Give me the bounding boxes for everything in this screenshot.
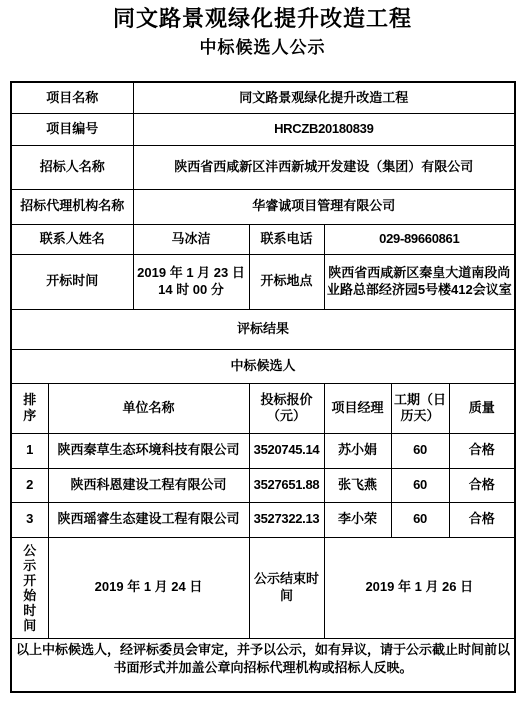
candidate-manager: 苏小娟: [324, 433, 391, 468]
tenderee-value: 陕西省西咸新区沣西新城开发建设（集团）有限公司: [133, 145, 515, 189]
header-quality: 质量: [449, 383, 515, 433]
table-row: 公 示 开 始 时 间 2019 年 1 月 24 日 公示结束时 间 2019…: [11, 537, 515, 638]
candidate-quality: 合格: [449, 433, 515, 468]
table-row: 项目编号 HRCZB20180839: [11, 113, 515, 145]
table-row: 项目名称 同文路景观绿化提升改造工程: [11, 82, 515, 113]
candidates-header-row: 排 序 单位名称 投标报价 （元） 项目经理 工期（日 历天） 质量: [11, 383, 515, 433]
project-name-value: 同文路景观绿化提升改造工程: [133, 82, 515, 113]
candidate-rank: 1: [11, 433, 48, 468]
header-price: 投标报价 （元）: [249, 383, 324, 433]
contact-phone-label: 联系电话: [249, 224, 324, 254]
candidate-duration: 60: [391, 502, 449, 537]
candidate-quality: 合格: [449, 502, 515, 537]
contact-name-label: 联系人姓名: [11, 224, 133, 254]
candidate-row: 2 陕西科恩建设工程有限公司 3527651.88 张飞燕 60 合格: [11, 468, 515, 502]
candidate-company: 陕西科恩建设工程有限公司: [48, 468, 249, 502]
contact-name-value: 马冰洁: [133, 224, 249, 254]
header-manager: 项目经理: [324, 383, 391, 433]
candidate-price: 3527651.88: [249, 468, 324, 502]
project-number-label: 项目编号: [11, 113, 133, 145]
candidate-price: 3520745.14: [249, 433, 324, 468]
candidate-duration: 60: [391, 433, 449, 468]
table-row: 中标候选人: [11, 349, 515, 383]
agency-value: 华睿诚项目管理有限公司: [133, 189, 515, 224]
announcement-document: 同文路景观绿化提升改造工程 中标候选人公示 项目名称 同文路景观绿化提升改造工程…: [0, 6, 525, 693]
candidate-rank: 2: [11, 468, 48, 502]
evaluation-result-heading: 评标结果: [11, 309, 515, 349]
publicity-start-date: 2019 年 1 月 24 日: [48, 537, 249, 638]
candidate-row: 3 陕西瑶睿生态建设工程有限公司 3527322.13 李小荣 60 合格: [11, 502, 515, 537]
header-company: 单位名称: [48, 383, 249, 433]
announcement-note: 以上中标候选人，经评标委员会审定，并予以公示，如有异议，请于公示截止时间前以书面…: [11, 638, 515, 692]
candidate-company: 陕西秦草生态环境科技有限公司: [48, 433, 249, 468]
candidate-quality: 合格: [449, 468, 515, 502]
candidates-heading: 中标候选人: [11, 349, 515, 383]
bid-open-time-label: 开标时间: [11, 254, 133, 309]
candidate-duration: 60: [391, 468, 449, 502]
project-number-value: HRCZB20180839: [133, 113, 515, 145]
candidate-row: 1 陕西秦草生态环境科技有限公司 3520745.14 苏小娟 60 合格: [11, 433, 515, 468]
bid-open-place-value: 陕西省西咸新区秦皇大道南段尚业路总部经济园5号楼412会议室: [324, 254, 515, 309]
contact-phone-value: 029-89660861: [324, 224, 515, 254]
agency-label: 招标代理机构名称: [11, 189, 133, 224]
project-name-label: 项目名称: [11, 82, 133, 113]
publicity-end-label: 公示结束时 间: [249, 537, 324, 638]
candidate-price: 3527322.13: [249, 502, 324, 537]
publicity-start-label: 公 示 开 始 时 间: [11, 537, 48, 638]
publicity-end-date: 2019 年 1 月 26 日: [324, 537, 515, 638]
header-rank: 排 序: [11, 383, 48, 433]
table-row: 以上中标候选人，经评标委员会审定，并予以公示，如有异议，请于公示截止时间前以书面…: [11, 638, 515, 692]
bid-open-time-value: 2019 年 1 月 23 日 14 时 00 分: [133, 254, 249, 309]
table-row: 招标代理机构名称 华睿诚项目管理有限公司: [11, 189, 515, 224]
header-duration: 工期（日 历天）: [391, 383, 449, 433]
candidate-manager: 李小荣: [324, 502, 391, 537]
candidate-company: 陕西瑶睿生态建设工程有限公司: [48, 502, 249, 537]
bid-open-place-label: 开标地点: [249, 254, 324, 309]
table-row: 评标结果: [11, 309, 515, 349]
announcement-table: 项目名称 同文路景观绿化提升改造工程 项目编号 HRCZB20180839 招标…: [10, 81, 516, 693]
candidate-manager: 张飞燕: [324, 468, 391, 502]
page-subtitle: 中标候选人公示: [0, 38, 525, 58]
page-title: 同文路景观绿化提升改造工程: [0, 6, 525, 32]
candidate-rank: 3: [11, 502, 48, 537]
table-row: 招标人名称 陕西省西咸新区沣西新城开发建设（集团）有限公司: [11, 145, 515, 189]
tenderee-label: 招标人名称: [11, 145, 133, 189]
table-row: 开标时间 2019 年 1 月 23 日 14 时 00 分 开标地点 陕西省西…: [11, 254, 515, 309]
table-row: 联系人姓名 马冰洁 联系电话 029-89660861: [11, 224, 515, 254]
